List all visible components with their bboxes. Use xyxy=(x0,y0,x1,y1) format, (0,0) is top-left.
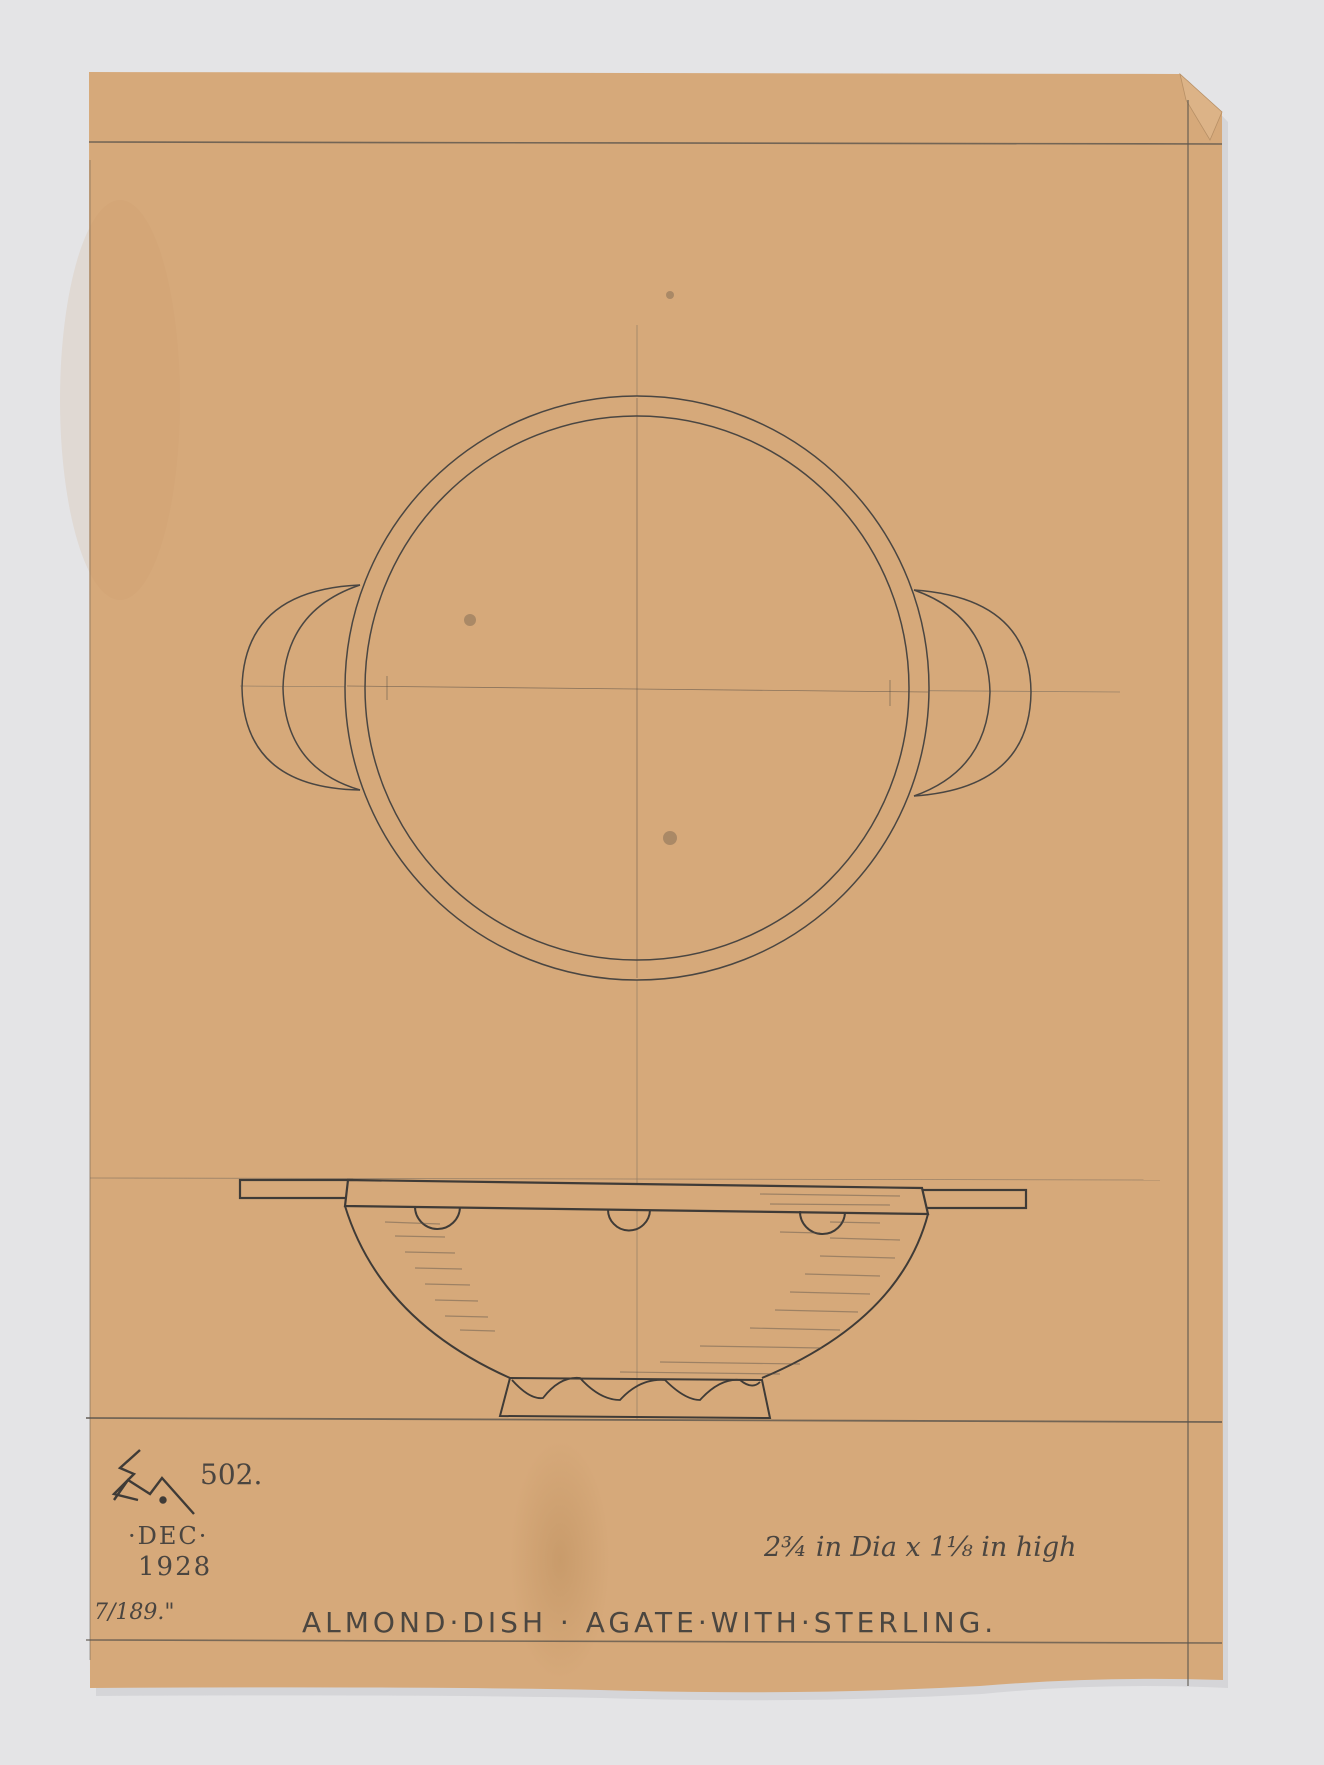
dimensions-note: 2¾ in Dia x 1⅛ in high xyxy=(764,1532,1077,1563)
design-number: 502. xyxy=(200,1458,262,1491)
drawing-title: ALMOND·DISH · AGATE·WITH·STERLING. xyxy=(302,1606,997,1639)
drawing-sheet: 502. ·DEC· 1928 7/189." 2¾ in Dia x 1⅛ i… xyxy=(0,0,1324,1765)
reference-number: 7/189." xyxy=(94,1600,175,1625)
date-month: ·DEC· xyxy=(128,1522,208,1550)
date-year: 1928 xyxy=(138,1552,212,1582)
paper-sheet xyxy=(0,0,1324,1765)
